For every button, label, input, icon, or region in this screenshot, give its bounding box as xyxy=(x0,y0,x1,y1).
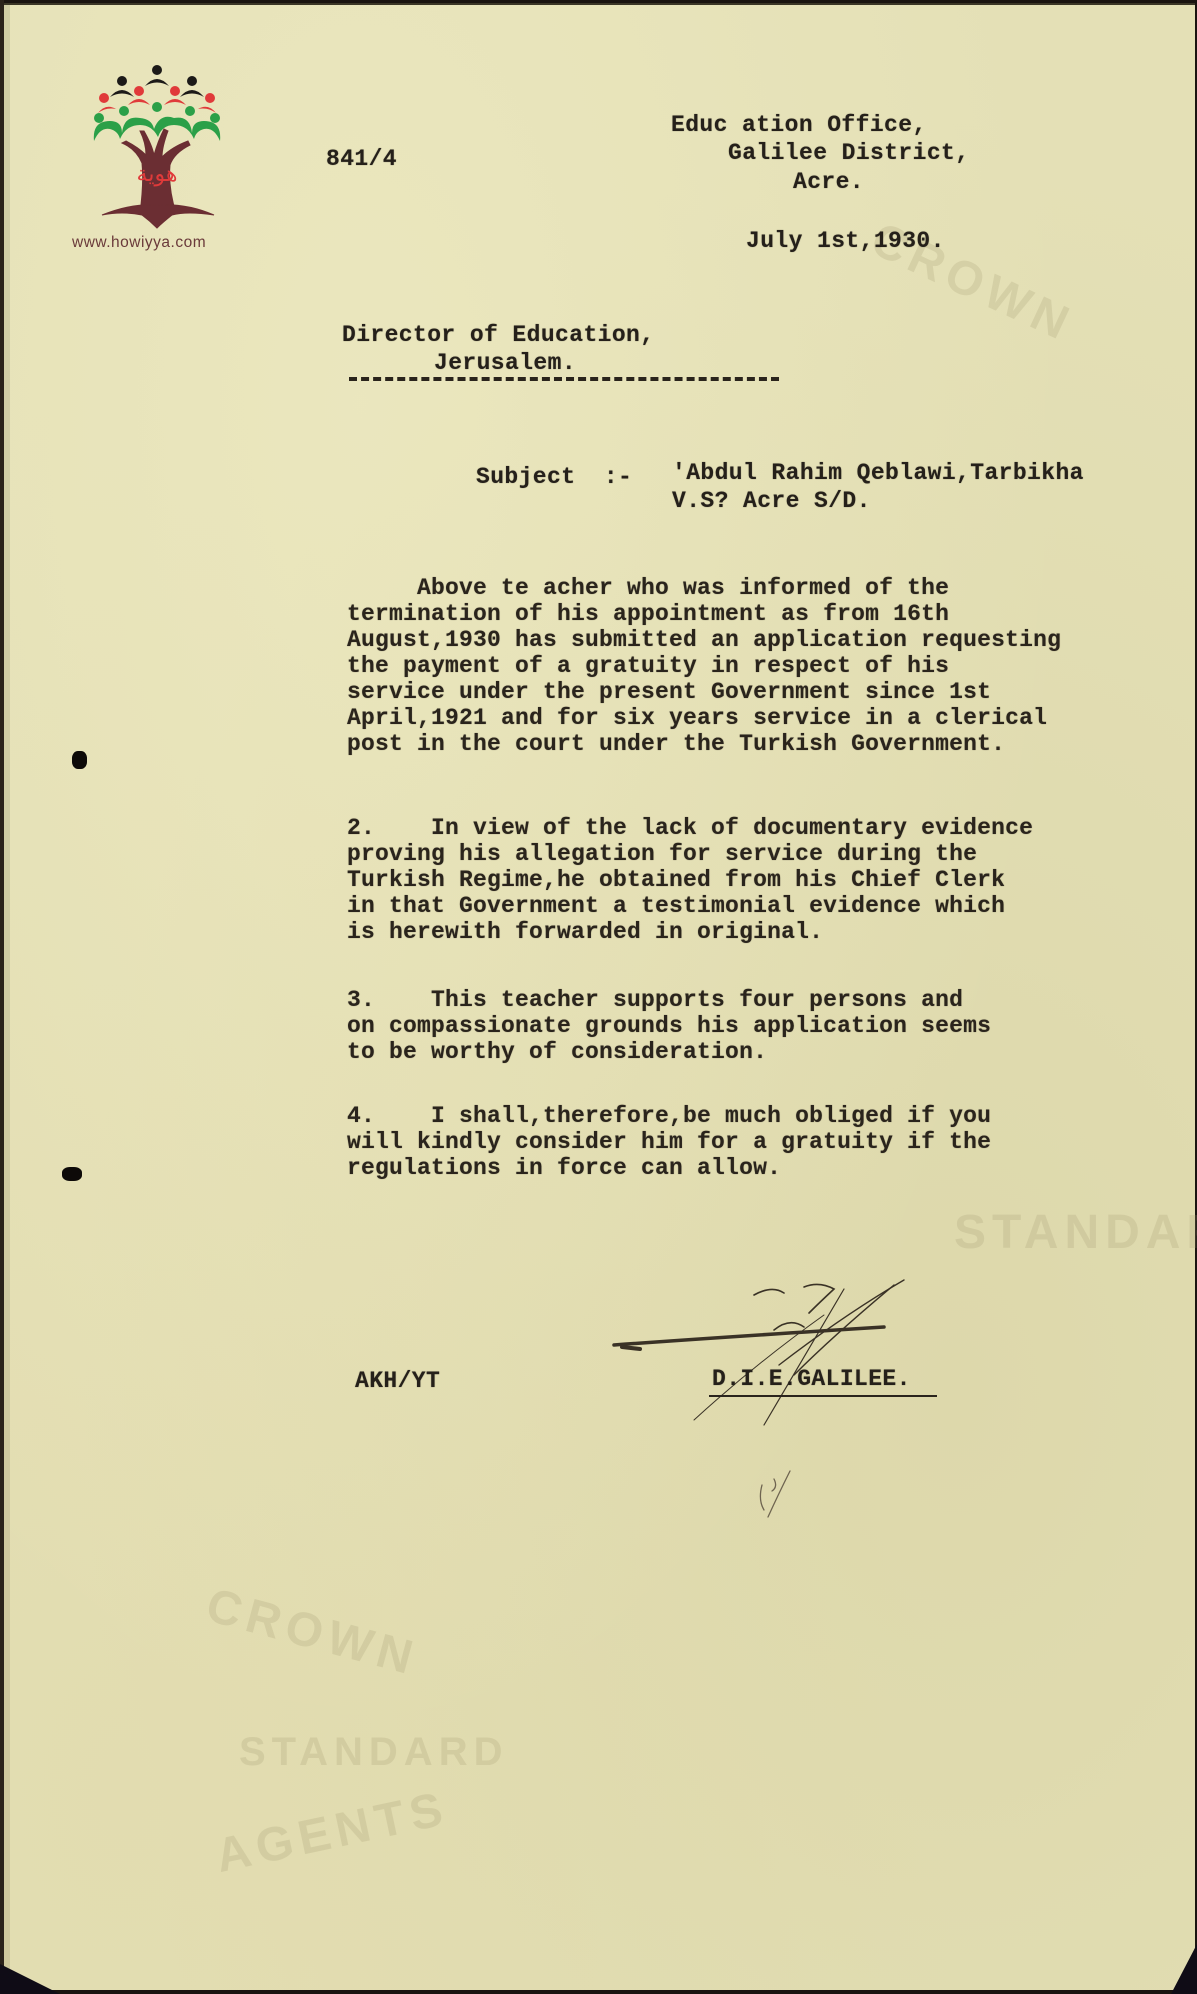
paragraph-3-line: on compassionate grounds his application… xyxy=(347,1015,991,1037)
paragraph-1-line: the payment of a gratuity in respect of … xyxy=(347,655,949,677)
svg-text:هوية: هوية xyxy=(137,162,178,187)
page-corner-bottom-right xyxy=(1171,1944,1197,1994)
subject-line-2: V.S? Acre S/D. xyxy=(672,489,871,514)
recipient-line-1: Director of Education, xyxy=(342,323,654,348)
paragraph-2-line: 2. In view of the lack of documentary ev… xyxy=(347,817,1033,839)
paragraph-1-line: post in the court under the Turkish Gove… xyxy=(347,733,1005,755)
letter-page: CROWN STANDARD CROWN STANDARD AGENTS xyxy=(4,3,1195,1990)
paragraph-3-line: to be worthy of consideration. xyxy=(347,1041,767,1063)
paragraph-4-line: 4. I shall,therefore,be much obliged if … xyxy=(347,1105,991,1127)
subject-line-1: 'Abdul Rahim Qeblawi,Tarbikha xyxy=(672,461,1084,486)
paragraph-1-line: Above te acher who was informed of the xyxy=(347,577,949,599)
paragraph-1-line: service under the present Government sin… xyxy=(347,681,991,703)
signatory-underline xyxy=(709,1395,937,1397)
paper-watermark-standard-top: STANDARD xyxy=(954,1205,1197,1260)
paragraph-2-line: Turkish Regime,he obtained from his Chie… xyxy=(347,869,1005,891)
paper-watermark-agents-bottom: AGENTS xyxy=(211,1781,453,1884)
page-corner-bottom-left xyxy=(0,1964,60,1994)
howiyya-tree-logo-icon: هوية xyxy=(92,63,222,233)
letter-date: July 1st,1930. xyxy=(746,229,945,254)
paragraph-1-line: April,1921 and for six years service in … xyxy=(347,707,1047,729)
recipient-separator-dashes xyxy=(349,377,779,381)
signatory-title: D.I.E.GALILEE. xyxy=(712,1367,911,1392)
reference-number: 841/4 xyxy=(326,147,397,172)
paragraph-1-line: termination of his appointment as from 1… xyxy=(347,603,949,625)
subject-label: Subject :- xyxy=(476,465,632,490)
paragraph-2-line: is herewith forwarded in original. xyxy=(347,921,823,943)
paragraph-2-line: proving his allegation for service durin… xyxy=(347,843,977,865)
paragraph-1-line: August,1930 has submitted an application… xyxy=(347,629,1061,651)
paper-watermark-crown-bottom: CROWN xyxy=(201,1578,424,1687)
binder-punch-hole-bottom xyxy=(62,1167,82,1181)
typist-initials: AKH/YT xyxy=(355,1369,440,1394)
binder-punch-hole-top xyxy=(72,751,87,769)
paper-watermark-standard-bottom: STANDARD xyxy=(239,1730,508,1775)
recipient-line-2: Jerusalem. xyxy=(434,351,576,376)
sender-address-line-2: Galilee District, xyxy=(728,141,969,166)
sender-address-line-3: Acre. xyxy=(793,170,864,195)
paragraph-2-line: in that Government a testimonial evidenc… xyxy=(347,895,1005,917)
sender-address-line-1: Educ ation Office, xyxy=(671,113,927,138)
howiyya-url-text: www.howiyya.com xyxy=(72,234,206,252)
paragraph-3-line: 3. This teacher supports four persons an… xyxy=(347,989,963,1011)
paragraph-4-line: regulations in force can allow. xyxy=(347,1157,781,1179)
handwritten-signature-icon xyxy=(604,1275,944,1435)
pencil-initials-mark-icon xyxy=(754,1465,804,1525)
paragraph-4-line: will kindly consider him for a gratuity … xyxy=(347,1131,991,1153)
